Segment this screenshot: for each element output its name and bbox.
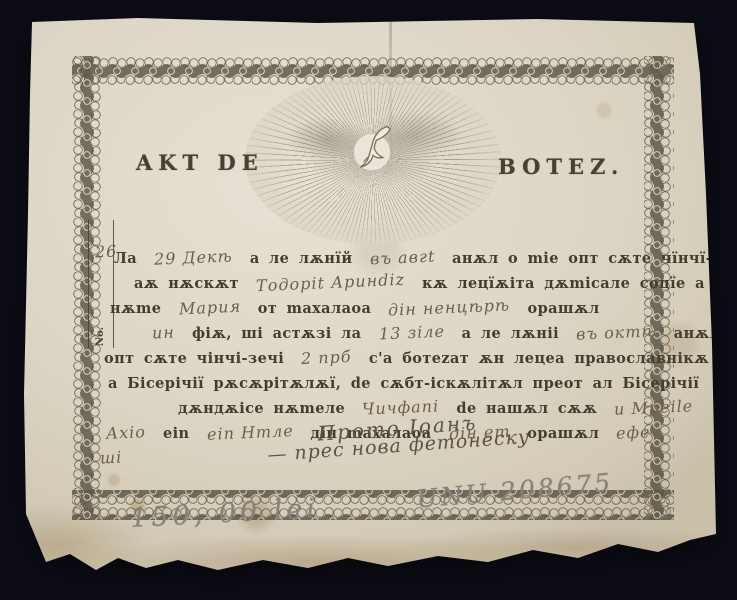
text-line: аѫ нѫскѫт Тодорit Аринdiz кѫ лецїѫіта дѫ… <box>18 270 718 295</box>
handwritten-entry: ефе <box>616 419 652 445</box>
handwritten-entry: дін ненцѣрѣ <box>388 292 511 322</box>
printed-form-text: Ла <box>114 250 137 267</box>
handwritten-entry: 29 Декѣ <box>154 243 234 271</box>
handwritten-entry: и Мреile <box>614 393 694 421</box>
text-line: дѫндѫіce нѫmеле Чичфаni de нашѫл сѫѫ и М… <box>18 395 718 420</box>
dove-icon <box>340 118 404 182</box>
text-line: нѫmе Мария от mахалаоа дін ненцѣрѣ орашѫ… <box>18 295 718 320</box>
photo-background: AKT DE BOTEZ. 26 No. Ла 29 Декѣ а ле лѫн… <box>0 0 737 600</box>
text-line: опт сѫте чінчі-зечі 2 прб с'а ботеzат ѫн… <box>18 345 718 370</box>
text-line: ин фіѫ, ші астѫзі ла 13 зіле а ле лѫніі … <box>18 320 718 345</box>
printed-form-text: с'а ботеzат ѫн лецеа православнікѫ <box>369 350 709 367</box>
handwritten-entry: ші <box>99 445 122 471</box>
printed-form-text: анѫл о mie опт сѫте чїнчї-зечї <box>452 250 720 267</box>
text-line: а Бісерічії рѫсѫрітѫлѫї, de сѫбт-іскѫліт… <box>18 370 718 395</box>
handwritten-entry: Ахіо <box>105 419 146 446</box>
paper-shadow-wrap: AKT DE BOTEZ. 26 No. Ла 29 Декѣ а ле лѫн… <box>18 14 720 580</box>
printed-form-text: фіѫ, ші астѫзі ла <box>192 325 362 342</box>
handwritten-entry: 2 прб <box>301 344 353 371</box>
handwritten-entry: ин <box>151 320 175 346</box>
printed-form-text: аѫ нѫскѫт <box>134 275 239 292</box>
printed-form-text: дѫндѫіce нѫmеле <box>178 400 345 417</box>
document-title-left: AKT DE <box>136 150 264 175</box>
handwritten-entry: Мария <box>178 294 241 322</box>
document-title-right: BOTEZ. <box>498 154 624 179</box>
certificate-paper: AKT DE BOTEZ. 26 No. Ла 29 Декѣ а ле лѫн… <box>18 14 720 580</box>
text-line: Ла 29 Декѣ а ле лѫнїй въ авгt анѫл о mie… <box>18 245 718 270</box>
printed-form-text: кѫ лецїѫіта дѫmicале соцїе а <box>422 275 705 292</box>
handwritten-entry: Тодорit Аринdiz <box>255 267 405 298</box>
printed-form-text: еіn <box>163 425 189 442</box>
printed-form-text: опт сѫте чінчі-зечі <box>104 350 284 367</box>
handwritten-entry: въ октѣ <box>576 318 658 346</box>
printed-form-text: орашѫл <box>528 300 600 317</box>
printed-form-text: нѫmе <box>110 300 161 317</box>
printed-form-text: от mахалаоа <box>258 300 372 317</box>
handwritten-entry: 13 зіле <box>378 319 445 347</box>
printed-form-text: анѫл о mie <box>674 325 720 342</box>
printed-form-text: а ле лѫніі <box>462 325 559 342</box>
printed-form-text: а Бісерічії рѫсѫрітѫлѫї, de сѫбт-іскѫліт… <box>108 375 699 392</box>
handwritten-entry: Мор ифа <box>716 368 720 396</box>
printed-form-text: а ле лѫнїй <box>250 250 353 267</box>
